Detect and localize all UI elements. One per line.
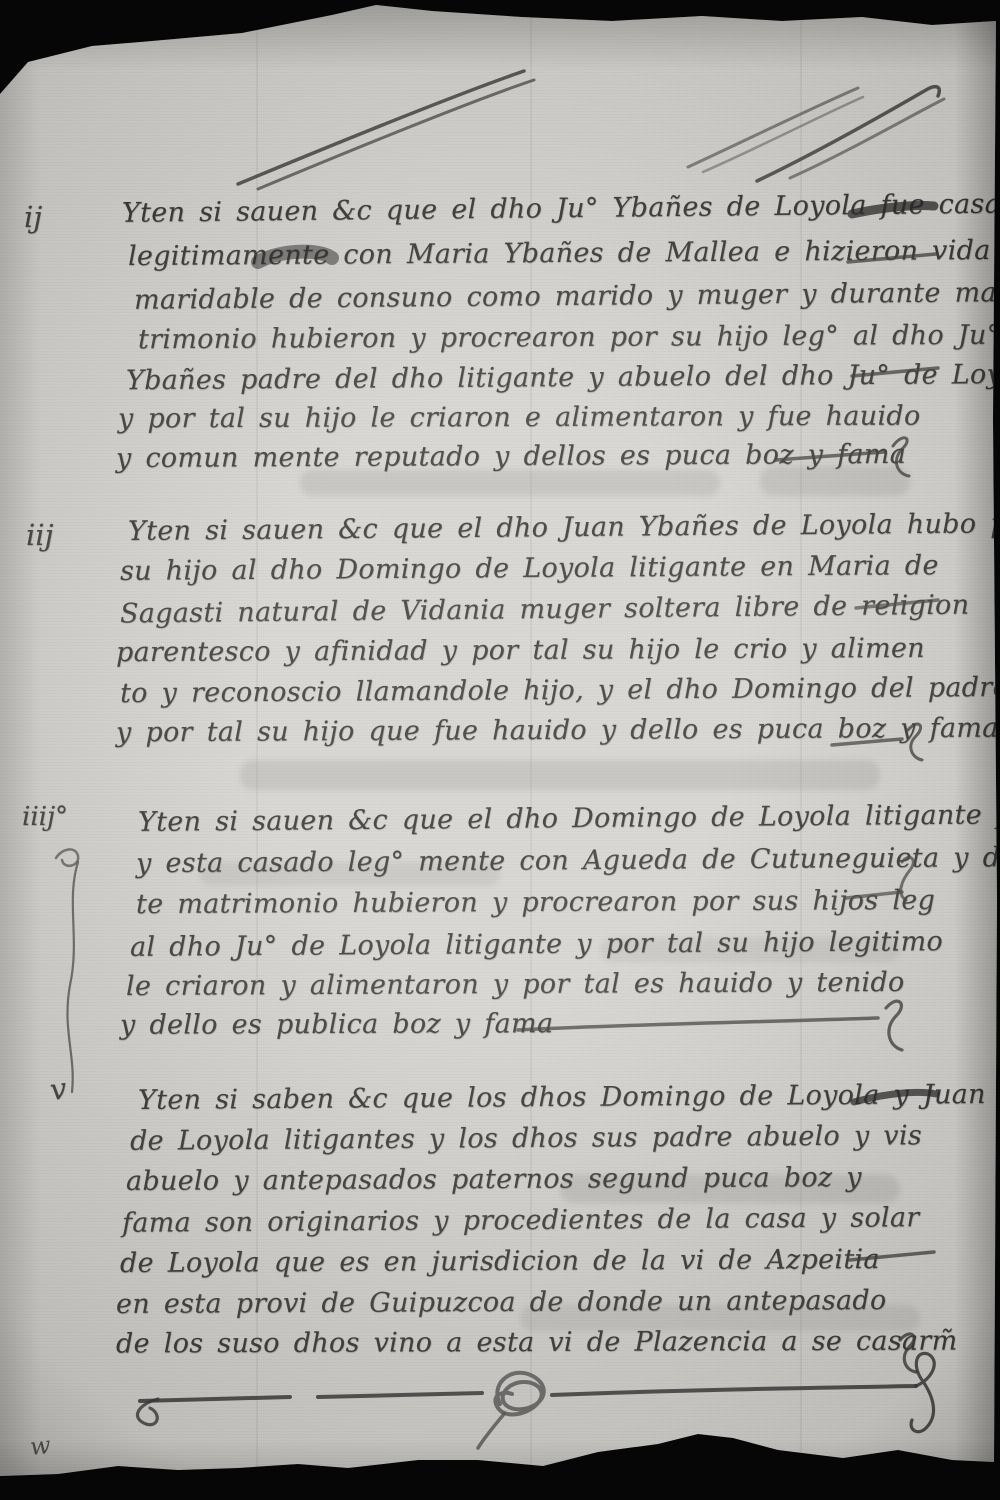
manuscript-line: Sagasti natural de Vidania muger soltera…	[120, 590, 970, 630]
margin-item-number-4: iiij°	[22, 802, 68, 832]
bleed-through-smudge	[240, 760, 880, 790]
manuscript-line: Yten si saben &c que los dhos Domingo de…	[138, 1079, 986, 1116]
manuscript-line: de Loyola que es en jurisdicion de la vi…	[120, 1244, 880, 1279]
manuscript-line: y esta casado leg° mente con Agueda de C…	[136, 842, 1000, 879]
manuscript-line: fama son originarios y procedientes de l…	[122, 1202, 920, 1239]
manuscript-line: de Loyola litigantes y los dhos sus padr…	[130, 1120, 922, 1157]
manuscript-line: le criaron y alimentaron y por tal es ha…	[126, 967, 905, 1002]
manuscript-line: Yten si sauen &c que el dho Ju° Ybañes d…	[122, 188, 1000, 229]
manuscript-line: Yten si sauen &c que el dho Juan Ybañes …	[128, 508, 1000, 547]
manuscript-line: y dello es publica boz y fama	[120, 1008, 553, 1041]
top-slash-marks	[238, 71, 944, 189]
manuscript-line: trimonio hubieron y procrearon por su hi…	[138, 320, 1000, 356]
margin-bracket-flourish	[56, 849, 78, 1092]
manuscript-line: Ybañes padre del dho litigante y abuelo …	[126, 359, 1000, 396]
manuscript-line: en esta provi de Guipuzcoa de donde un a…	[116, 1285, 887, 1320]
scanned-manuscript-page: ij iij iiij° v Yten si sauen &c que el d…	[0, 0, 1000, 1500]
bleed-through-smudge	[300, 470, 720, 496]
paper-sheet: ij iij iiij° v Yten si sauen &c que el d…	[0, 0, 1000, 1500]
manuscript-line: legitimamente con Maria Ybañes de Mallea…	[128, 235, 991, 272]
margin-item-number-5: v	[48, 1071, 69, 1107]
manuscript-line: maridable de consuno como marido y muger…	[134, 277, 997, 316]
manuscript-line: to y reconoscio llamandole hijo, y el dh…	[120, 672, 1000, 709]
manuscript-line: te matrimonio hubieron y procrearon por …	[136, 885, 935, 920]
manuscript-line: y comun mente reputado y dellos es puca …	[116, 439, 906, 474]
manuscript-line: al dho Ju° de Loyola litigante y por tal…	[130, 926, 943, 963]
manuscript-line: de los suso dhos vino a esta vi de Plaze…	[116, 1326, 958, 1360]
folio-mark: w	[29, 1431, 52, 1461]
manuscript-line: y por tal su hijo le criaron e alimentar…	[118, 401, 921, 435]
margin-item-number-2: ij	[24, 200, 42, 234]
margin-item-number-3: iij	[26, 518, 54, 552]
manuscript-line: y por tal su hijo que fue hauido y dello…	[116, 713, 999, 749]
knot-doodle	[478, 1373, 544, 1448]
manuscript-line: parentesco y afinidad y por tal su hijo …	[116, 633, 925, 668]
manuscript-line: su hijo al dho Domingo de Loyola litigan…	[120, 550, 939, 587]
manuscript-line: Yten si sauen &c que el dho Domingo de L…	[138, 799, 1000, 838]
manuscript-line: abuelo y antepasados paternos segund puc…	[126, 1162, 862, 1197]
